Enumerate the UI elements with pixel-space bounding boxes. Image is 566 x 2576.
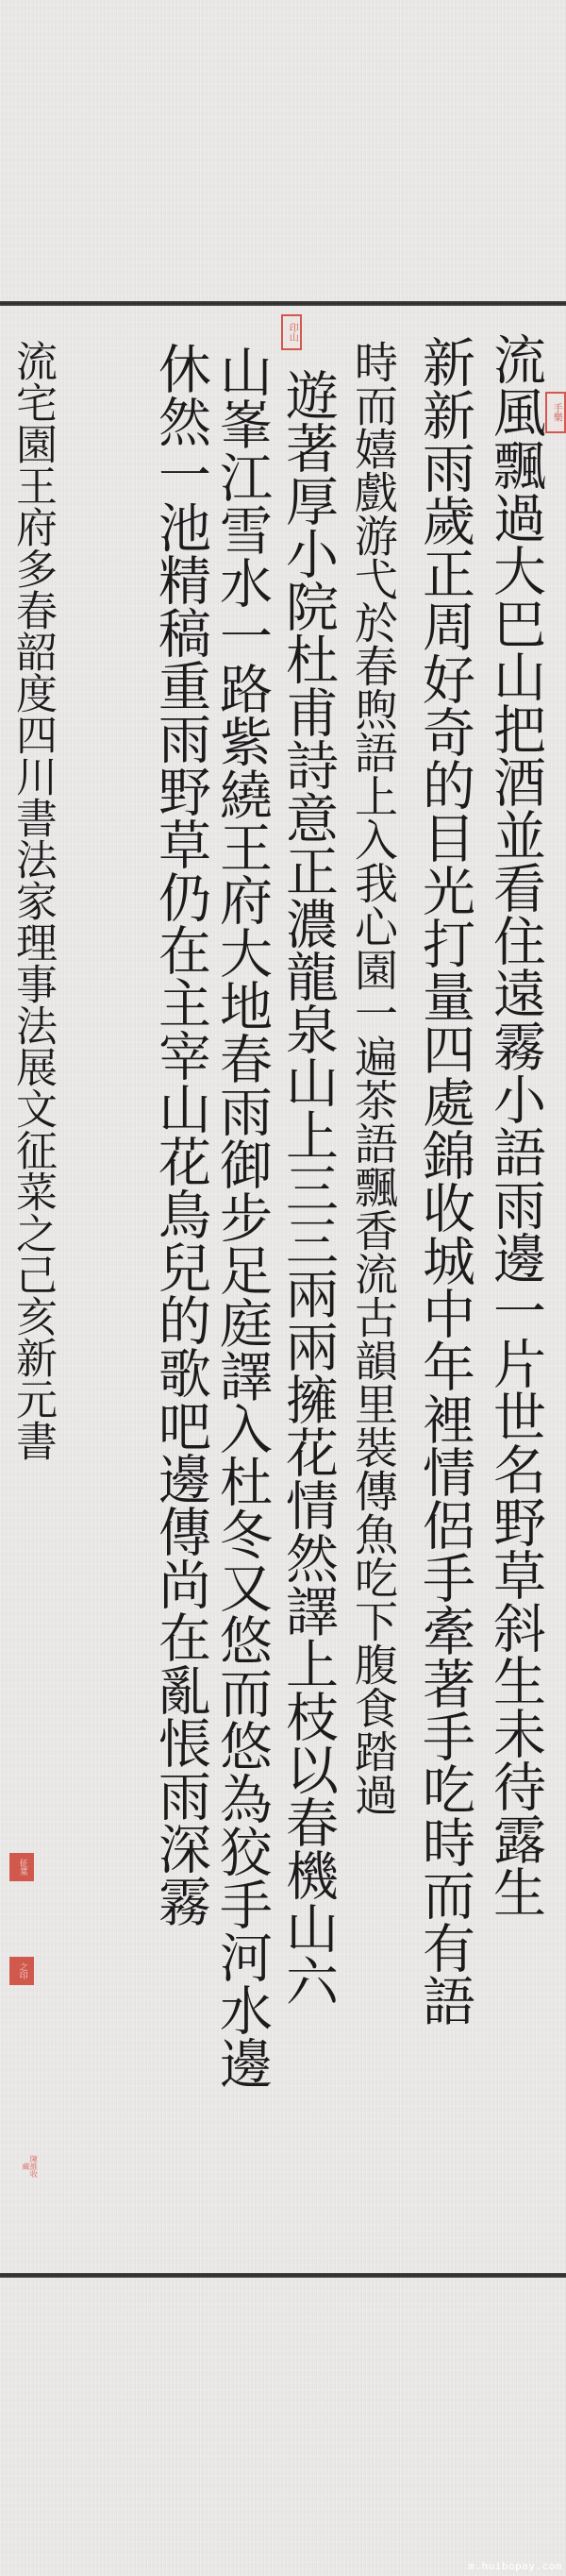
collector-seal: 陳維收藏 (17, 2152, 42, 2180)
bottom-mounting-border (0, 2273, 566, 2278)
top-mounting-border (0, 301, 566, 306)
text-column-6: 休然一池精稿重雨野草仍在主宰山花鳥兒的歌吧邊傳尚在亂悵雨深霧 (154, 342, 207, 1928)
text-column-1: 流風飄過大巴山把酒並看住遠霧小語雨邊一片世名野草斜生未待露生 (489, 332, 541, 1918)
inscription-column: 流宅園王府多春韶度四川書法家理事法展文征菜之己亥新元書 (11, 340, 53, 1461)
site-watermark: m.huibopay.com (468, 2560, 562, 2572)
calligraphy-scroll: 流風飄過大巴山把酒並看住遠霧小語雨邊一片世名野草斜生未待露生 新新雨歲正周好奇的… (0, 0, 566, 2576)
leading-seal-right: 手樂 (545, 392, 566, 433)
artist-name-seal: 征菜 (9, 1853, 34, 1881)
text-column-3: 時而嬉戲游弋於春煦語上入我心園一遍茶語飄香流古韻里裝傳魚吃下腹食踏過 (352, 340, 395, 1816)
text-column-2: 新新雨歲正周好奇的目光打量四處錦收城中年裡情侶手牽著手吃時而有語 (418, 335, 471, 2027)
artist-style-seal: 之印 (9, 1957, 34, 1985)
leading-seal-top: 印山 (281, 314, 302, 350)
text-column-5: 山峯江雪水一路紫繞王府大地春雨御步足庭譯入杜冬又悠而悠為狡手河水邊 (215, 345, 268, 2089)
text-column-4: 遊著厚小院杜甫詩意正濃龍泉山上三三兩兩擁花情然譯上枝以春機山六 (281, 368, 334, 2007)
